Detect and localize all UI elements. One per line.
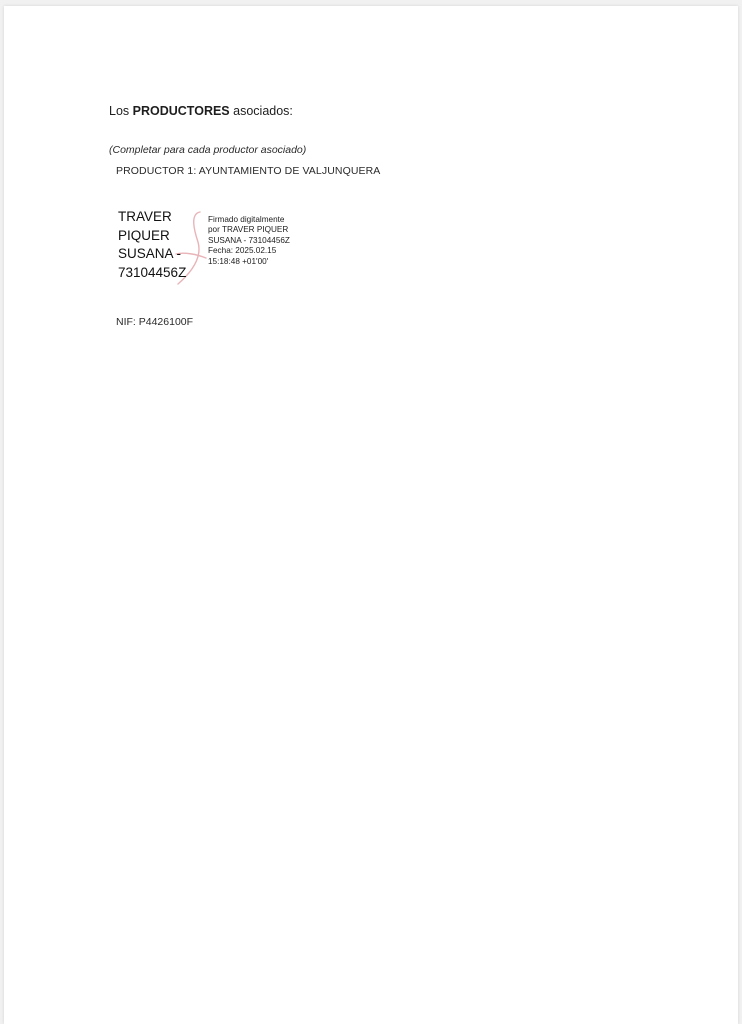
heading-bold: PRODUCTORES xyxy=(133,104,230,118)
section-heading: Los PRODUCTORES asociados: xyxy=(109,104,293,118)
signature-details: Firmado digitalmente por TRAVER PIQUER S… xyxy=(208,215,290,267)
producer-line: PRODUCTOR 1: AYUNTAMIENTO DE VALJUNQUERA xyxy=(116,165,380,177)
document-page: Los PRODUCTORES asociados: (Completar pa… xyxy=(4,6,738,1024)
signer-name: TRAVER PIQUER SUSANA - 73104456Z xyxy=(118,208,186,282)
heading-suffix: asociados: xyxy=(233,104,293,118)
nif-value: NIF: P4426100F xyxy=(116,316,193,328)
heading-prefix: Los xyxy=(109,104,129,118)
instruction-note: (Completar para cada productor asociado) xyxy=(109,144,306,156)
